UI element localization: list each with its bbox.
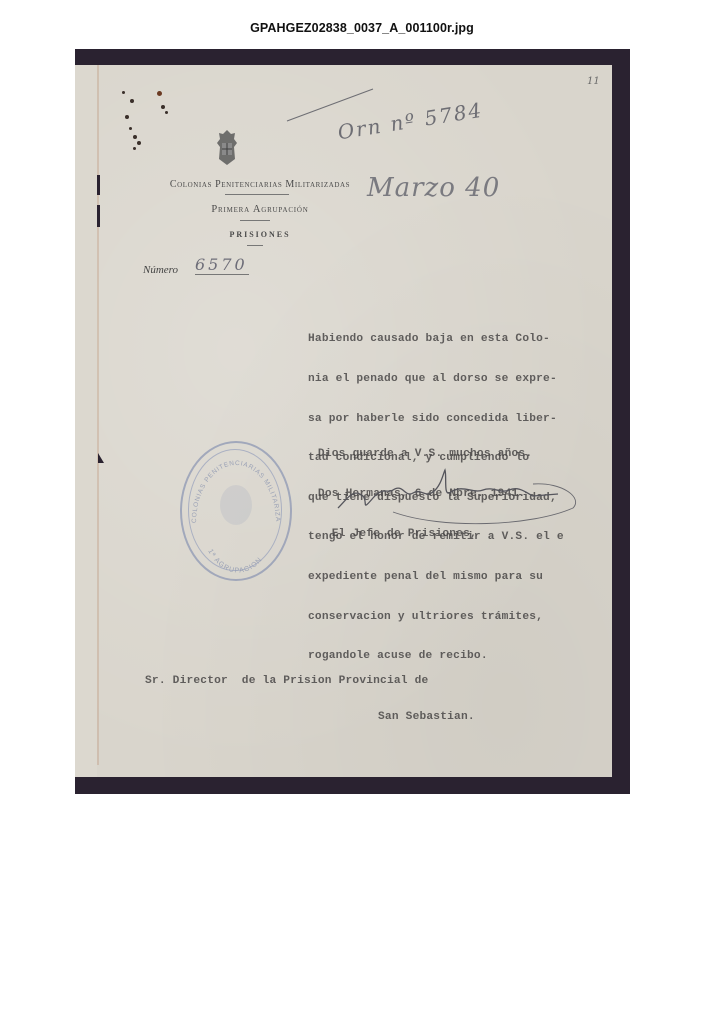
divider bbox=[247, 245, 263, 246]
addressee-line: Sr. Director de la Prision Provincial de bbox=[145, 675, 428, 688]
closing-line: El Jefe de Prisiones, bbox=[311, 528, 532, 541]
institutional-stamp: COLONIAS PENITENCIARIAS MILITARIZADAS 1ª… bbox=[180, 441, 292, 581]
punch-hole bbox=[161, 105, 165, 109]
punch-hole bbox=[137, 141, 141, 145]
punch-hole bbox=[157, 91, 162, 96]
document-page: Colonias Penitenciarias Militarizadas Pr… bbox=[75, 65, 612, 777]
punch-hole bbox=[133, 147, 136, 150]
punch-hole bbox=[129, 127, 132, 130]
letterhead-line-2: Primera Agrupación bbox=[135, 204, 385, 215]
punch-hole bbox=[165, 111, 168, 114]
punch-hole bbox=[133, 135, 137, 139]
page-number: 11 bbox=[587, 76, 600, 87]
letterhead-line-3: PRISIONES bbox=[135, 230, 385, 239]
numero-label: Número bbox=[143, 264, 178, 276]
closing-line: Dios guarde a V.S. muchos años. bbox=[311, 448, 532, 461]
numero-value: 6570 bbox=[195, 255, 249, 275]
divider bbox=[240, 220, 270, 221]
divider bbox=[225, 194, 289, 195]
coat-of-arms-icon bbox=[215, 129, 239, 167]
addressee-city: San Sebastian. bbox=[378, 711, 475, 724]
svg-text:1ª AGRUPACION: 1ª AGRUPACION bbox=[206, 548, 264, 574]
fold-line bbox=[97, 65, 99, 765]
signature bbox=[333, 468, 583, 528]
letterhead-line-1: Colonias Penitenciarias Militarizadas bbox=[135, 179, 385, 190]
punch-hole bbox=[125, 115, 129, 119]
stamp-emblem-icon: COLONIAS PENITENCIARIAS MILITARIZADAS 1ª… bbox=[182, 443, 290, 579]
scanned-document: Colonias Penitenciarias Militarizadas Pr… bbox=[75, 49, 630, 794]
body-line: conservacion y ultriores trámites, bbox=[308, 611, 564, 624]
torn-notch bbox=[97, 175, 100, 195]
body-line: Habiendo causado baja en esta Colo- bbox=[308, 333, 564, 346]
binding-stub bbox=[75, 65, 97, 777]
punch-hole bbox=[130, 99, 134, 103]
handwritten-date-note: Marzo 40 bbox=[367, 173, 500, 203]
body-line: expediente penal del mismo para su bbox=[308, 571, 564, 584]
file-name-caption: GPAHGEZ02838_0037_A_001100r.jpg bbox=[0, 21, 724, 35]
stamp-bottom-text: 1ª AGRUPACION bbox=[206, 548, 264, 574]
torn-notch bbox=[97, 205, 100, 227]
body-line: nia el penado que al dorso se expre- bbox=[308, 373, 564, 386]
punch-hole bbox=[122, 91, 125, 94]
body-line: rogandole acuse de recibo. bbox=[308, 650, 564, 663]
underline-stroke bbox=[285, 85, 375, 125]
